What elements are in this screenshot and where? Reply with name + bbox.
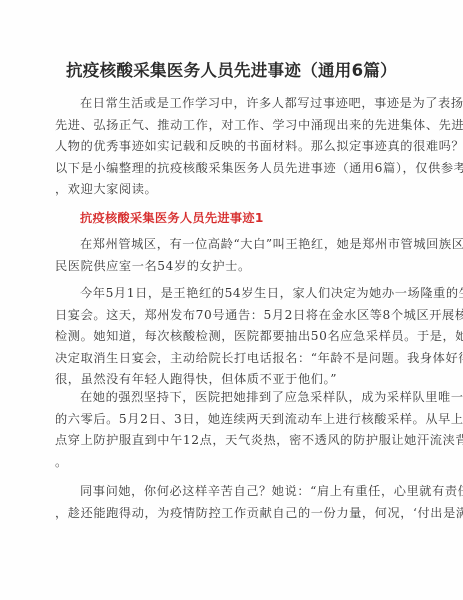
section-heading: 抗疫核酸采集医务人员先进事迹1 — [80, 208, 264, 228]
paragraph-line: 日宴会。这天，郑州发布70号通告：5月2日将在金水区等8个城区开展核酸 — [55, 305, 407, 327]
document-title: 抗疫核酸采集医务人员先进事迹（通用6篇） — [0, 60, 463, 82]
paragraph-line: 点穿上防护服直到中午12点，天气炎热，密不透风的防护服让她汗流浃背 — [55, 430, 407, 452]
paragraph-line: ，趁还能跑得动，为疫情防控工作贡献自己的一份力量，何况，‘付出是满 — [55, 503, 407, 525]
paragraph-line: 在郑州管城区，有一位高龄“大白”叫王艳红，她是郑州市管城回族区人 — [55, 234, 407, 256]
body-paragraph-2: 今年5月1日，是王艳红的54岁生日，家人们决定为她办一场隆重的生 日宴会。这天，… — [55, 283, 407, 391]
intro-line: 以下是小编整理的抗疫核酸采集医务人员先进事迹（通用6篇），仅供参考 — [55, 158, 407, 180]
paragraph-line: 决定取消生日宴会，主动给院长打电话报名：“年龄不是问题。我身体好得 — [55, 348, 407, 370]
intro-line: 人物的优秀事迹如实记载和反映的书面材料。那么拟定事迹真的很难吗？ — [55, 136, 407, 158]
paragraph-line: 民医院供应室一名54岁的女护士。 — [55, 256, 407, 278]
body-paragraph-1: 在郑州管城区，有一位高龄“大白”叫王艳红，她是郑州市管城回族区人 民医院供应室一… — [55, 234, 407, 277]
intro-line: 在日常生活或是工作学习中，许多人都写过事迹吧，事迹是为了表扬 — [55, 93, 407, 115]
paragraph-line: 今年5月1日，是王艳红的54岁生日，家人们决定为她办一场隆重的生 — [55, 283, 407, 305]
paragraph-line: 。 — [55, 452, 407, 474]
paragraph-line: 的六零后。5月2日、3日，她连续两天到流动车上进行核酸采样。从早上7 — [55, 409, 407, 431]
document-page: 抗疫核酸采集医务人员先进事迹（通用6篇） 在日常生活或是工作学习中，许多人都写过… — [0, 0, 463, 600]
intro-line: 先进、弘扬正气、推动工作，对工作、学习中涌现出来的先进集体、先进 — [55, 115, 407, 137]
intro-paragraph: 在日常生活或是工作学习中，许多人都写过事迹吧，事迹是为了表扬 先进、弘扬正气、推… — [55, 93, 407, 201]
intro-line: ，欢迎大家阅读。 — [55, 179, 407, 201]
paragraph-line: 检测。她知道，每次核酸检测，医院都要抽出50名应急采样员。于是，她 — [55, 326, 407, 348]
paragraph-line: 在她的强烈坚持下，医院把她排到了应急采样队，成为采样队里唯一 — [55, 387, 407, 409]
body-paragraph-3: 在她的强烈坚持下，医院把她排到了应急采样队，成为采样队里唯一 的六零后。5月2日… — [55, 387, 407, 473]
paragraph-line: 同事问她，你何必这样辛苦自己？她说：“肩上有重任，心里就有责任 — [55, 481, 407, 503]
body-paragraph-4: 同事问她，你何必这样辛苦自己？她说：“肩上有重任，心里就有责任 ，趁还能跑得动，… — [55, 481, 407, 524]
